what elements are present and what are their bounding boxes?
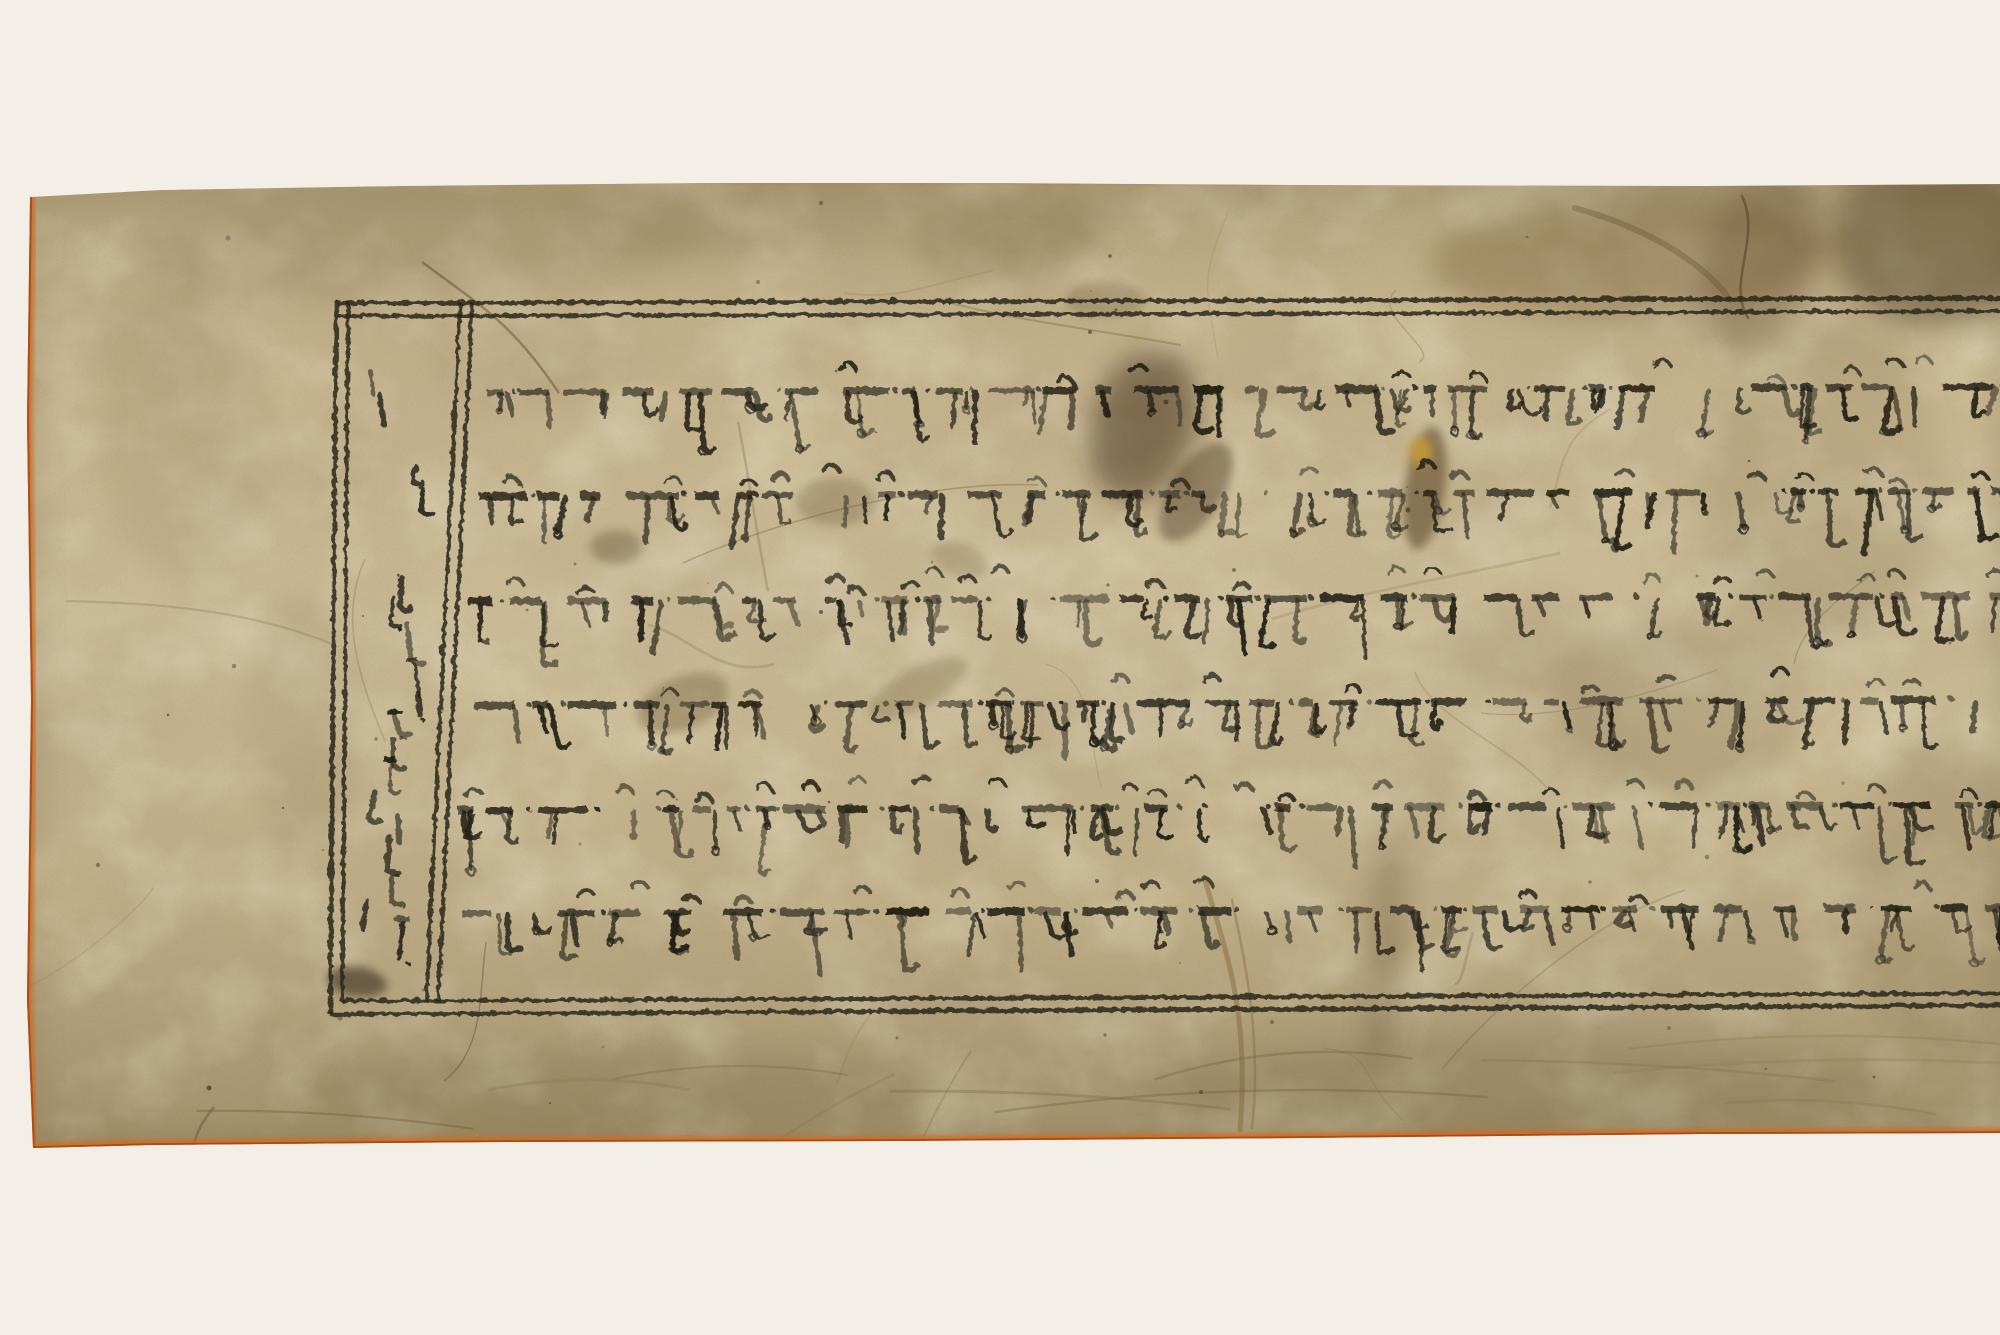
speck	[1949, 642, 1952, 645]
tsheg-dot	[1299, 803, 1304, 808]
tsheg-dot	[666, 596, 670, 600]
tsheg-dot	[1696, 697, 1700, 701]
tsheg-dot	[1887, 801, 1892, 806]
glyph-stroke	[1019, 600, 1020, 634]
speck	[1667, 1026, 1671, 1030]
speck	[1507, 314, 1510, 317]
manuscript-scan	[0, 0, 2000, 1335]
speck	[1270, 1020, 1274, 1024]
glyph-stroke	[862, 496, 864, 521]
tsheg-dot	[744, 805, 749, 810]
glyph-stroke	[858, 601, 860, 613]
tsheg-dot	[1176, 804, 1180, 808]
tsheg-dot	[1218, 594, 1222, 598]
tsheg-dot	[498, 597, 502, 601]
tsheg-dot	[1133, 907, 1137, 911]
glyph-stroke	[744, 496, 748, 538]
glyph-stroke	[951, 392, 954, 427]
tsheg-dot	[1411, 384, 1417, 390]
speck	[574, 563, 577, 566]
shad-stroke	[973, 391, 974, 442]
glyph-stroke	[489, 497, 491, 522]
glyph-stroke	[940, 496, 941, 537]
speck	[1232, 568, 1236, 572]
speck	[828, 801, 831, 804]
tsheg-dot	[1632, 592, 1638, 598]
glyph-stroke	[1077, 600, 1079, 624]
speck	[1179, 962, 1181, 964]
tsheg-dot	[1183, 489, 1188, 494]
tsheg-dot	[1287, 698, 1293, 704]
tsheg-dot	[913, 595, 919, 601]
tsheg-dot	[1767, 592, 1772, 597]
speck	[819, 201, 823, 205]
tsheg-dot	[928, 804, 934, 810]
glyph-stroke	[1380, 808, 1383, 844]
speck	[1199, 1090, 1203, 1094]
speck	[167, 714, 169, 716]
tsheg-dot	[1649, 802, 1653, 806]
glyph-stroke	[884, 496, 887, 518]
glyph-stroke	[678, 810, 680, 844]
tsheg-dot	[1149, 490, 1154, 495]
tsheg-dot	[881, 699, 887, 705]
tsheg-dot	[1562, 803, 1566, 807]
stain	[1700, 320, 1940, 640]
manuscript-photo	[0, 0, 2000, 1335]
glyph-stroke	[633, 811, 634, 838]
tsheg-dot	[1526, 385, 1530, 389]
tsheg-dot	[878, 805, 882, 809]
speck	[338, 1016, 343, 1021]
tsheg-dot	[1028, 907, 1034, 913]
glyph-stroke	[1286, 911, 1288, 940]
speck	[1873, 1076, 1876, 1079]
tsheg-dot	[776, 387, 781, 392]
tsheg-dot	[599, 908, 604, 913]
speck	[1526, 236, 1529, 239]
tsheg-dot	[1599, 905, 1605, 911]
tsheg-dot	[774, 805, 778, 809]
tsheg-dot	[1323, 489, 1328, 494]
tsheg-dot	[976, 699, 982, 705]
glyph-stroke	[1452, 390, 1453, 428]
glyph-stroke	[546, 393, 549, 426]
tsheg-dot	[1727, 593, 1731, 597]
glyph-stroke	[928, 601, 931, 642]
tsheg-dot	[1432, 905, 1437, 910]
speck	[226, 236, 231, 241]
tsheg-dot	[873, 595, 878, 600]
tsheg-dot	[891, 386, 897, 392]
speck	[232, 664, 237, 669]
tsheg-dot	[1162, 594, 1168, 600]
speck	[1841, 781, 1844, 784]
glyph-stroke	[725, 705, 726, 746]
tsheg-dot	[1410, 593, 1416, 599]
glyph-stroke	[1349, 703, 1352, 723]
speck	[1108, 254, 1112, 258]
tsheg-dot	[1010, 699, 1014, 703]
speck	[1696, 575, 1699, 578]
glyph-stroke	[733, 913, 735, 956]
tsheg-dot	[1262, 489, 1267, 494]
speck	[207, 1086, 212, 1091]
glyph-stroke	[1336, 808, 1339, 833]
stain	[245, 590, 355, 850]
tsheg-dot	[1413, 489, 1417, 493]
tsheg-dot	[924, 386, 929, 391]
tsheg-dot	[1494, 802, 1500, 808]
speck	[322, 849, 324, 851]
stain	[590, 530, 642, 564]
tsheg-dot	[979, 907, 983, 911]
stain	[100, 280, 270, 580]
glyph-stroke	[644, 497, 646, 541]
tsheg-dot	[1934, 904, 1939, 909]
glyph-stroke	[1345, 390, 1347, 404]
glyph-stroke	[1971, 701, 1973, 731]
speck	[1406, 508, 1411, 513]
tsheg-dot	[1380, 385, 1384, 389]
tsheg-dot	[1975, 800, 1981, 806]
speck	[549, 1102, 551, 1104]
tsheg-dot	[1424, 697, 1429, 702]
glyph-stroke	[603, 706, 605, 733]
tsheg-dot	[1705, 802, 1710, 807]
glyph-stroke	[1072, 809, 1073, 831]
glyph-stroke	[1027, 495, 1031, 521]
tsheg-dot	[1365, 489, 1370, 494]
tsheg-dot	[1035, 386, 1040, 391]
speck	[1095, 879, 1099, 883]
tsheg-dot	[1782, 488, 1786, 492]
tsheg-dot	[1232, 906, 1238, 912]
speck	[1765, 1068, 1768, 1071]
margin-tsheg-dot	[393, 872, 397, 876]
glyph-stroke	[601, 393, 602, 411]
tsheg-dot	[1053, 490, 1058, 495]
glyph-stroke	[1235, 704, 1237, 741]
tsheg-dot	[1808, 487, 1814, 493]
glyph-stroke	[914, 810, 916, 850]
glyph-stroke	[1752, 807, 1753, 824]
glyph-stroke	[1070, 391, 1071, 427]
tsheg-dot	[510, 388, 514, 392]
tsheg-dot	[1948, 695, 1954, 701]
margin-head-stroke	[385, 710, 401, 711]
speck	[282, 807, 284, 809]
speck	[1088, 330, 1092, 334]
tsheg-dot	[1878, 592, 1883, 597]
glyph-stroke	[1177, 391, 1180, 425]
glyph-stroke	[713, 810, 714, 847]
margin-head-stroke	[406, 659, 417, 660]
tsheg-dot	[1877, 487, 1882, 492]
tsheg-dot	[897, 490, 903, 496]
speck	[931, 561, 933, 563]
speck	[835, 370, 838, 373]
glyph-stroke	[1702, 493, 1704, 508]
tsheg-dot	[1187, 906, 1192, 911]
tsheg-dot	[823, 700, 827, 704]
tsheg-dot	[1607, 384, 1611, 388]
tsheg-dot	[1581, 384, 1587, 390]
tsheg-dot	[769, 907, 775, 913]
glyph-stroke	[840, 810, 841, 840]
glyph-stroke	[1023, 391, 1026, 404]
margin-glyph-stroke	[398, 922, 401, 958]
tsheg-dot	[1869, 905, 1873, 909]
glyph-stroke	[1082, 704, 1084, 719]
tsheg-dot	[525, 806, 530, 811]
margin-tsheg-dot	[405, 960, 409, 964]
tsheg-dot	[656, 806, 660, 810]
tsheg-dot	[1742, 802, 1746, 806]
tsheg-dot	[1911, 486, 1916, 491]
glyph-stroke	[1900, 701, 1902, 725]
speck	[1103, 1033, 1106, 1036]
margin-glyph-stroke	[416, 692, 419, 714]
glyph-stroke	[499, 393, 500, 408]
glyph-stroke	[1362, 599, 1364, 656]
speck	[362, 615, 364, 617]
glyph-stroke	[1673, 493, 1675, 551]
speck	[1406, 486, 1408, 488]
speck	[756, 280, 760, 284]
glyph-stroke	[1451, 599, 1453, 632]
tsheg-dot	[1790, 383, 1796, 389]
glyph-stroke	[1164, 912, 1168, 933]
glyph-stroke	[754, 705, 756, 734]
margin-tsheg-dot	[396, 626, 400, 630]
tsheg-dot	[1307, 594, 1313, 600]
speck	[96, 863, 100, 867]
glyph-stroke	[1545, 389, 1546, 417]
tsheg-dot	[594, 806, 599, 811]
speck	[1588, 880, 1591, 883]
speck	[1748, 460, 1751, 463]
tsheg-dot	[703, 700, 708, 705]
tsheg-dot	[1648, 904, 1653, 909]
speck	[1090, 290, 1092, 292]
speck	[1164, 400, 1169, 405]
tsheg-dot	[1099, 698, 1104, 703]
tsheg-dot	[1072, 907, 1076, 911]
glyph-stroke	[1992, 597, 1995, 631]
speck	[1705, 855, 1710, 860]
tsheg-dot	[1365, 698, 1370, 703]
tsheg-dot	[1265, 803, 1270, 808]
speck	[579, 843, 582, 846]
glyph-stroke	[1912, 388, 1914, 424]
tsheg-dot	[681, 491, 687, 497]
glyph-stroke	[1463, 494, 1466, 535]
tsheg-dot	[530, 492, 535, 497]
speck	[374, 737, 377, 740]
margin-head-stroke	[382, 758, 394, 759]
tsheg-dot	[1202, 803, 1207, 808]
tsheg-dot	[751, 490, 757, 496]
glyph-stroke	[468, 811, 470, 867]
tsheg-dot	[985, 595, 990, 600]
glyph-stroke	[478, 602, 479, 639]
margin-tsheg-dot	[397, 734, 401, 738]
speck	[526, 609, 529, 612]
speck	[819, 610, 823, 614]
paper-sheet	[0, 97, 2000, 1268]
speck	[602, 1046, 605, 1049]
glyph-stroke	[1354, 911, 1356, 950]
tsheg-dot	[1830, 801, 1836, 807]
tsheg-dot	[1337, 906, 1341, 910]
margin-glyph-stroke	[397, 816, 398, 841]
tsheg-dot	[1113, 803, 1118, 808]
shad-stroke	[1844, 700, 1846, 741]
tsheg-dot	[872, 907, 878, 913]
speck	[896, 1037, 899, 1040]
tsheg-dot	[559, 700, 564, 705]
tsheg-dot	[1484, 697, 1489, 702]
tsheg-dot	[622, 700, 627, 705]
tsheg-dot	[1049, 595, 1053, 599]
glyph-stroke	[1031, 391, 1033, 421]
tsheg-dot	[1461, 906, 1465, 910]
tsheg-dot	[1457, 802, 1462, 807]
speck	[707, 582, 709, 584]
glyph-stroke	[843, 496, 845, 525]
glyph-stroke	[1159, 704, 1160, 735]
glyph-stroke	[639, 602, 641, 640]
glyph-stroke	[649, 706, 650, 742]
glyph-stroke	[1204, 600, 1207, 643]
tsheg-dot	[969, 386, 973, 390]
speck	[1106, 583, 1109, 586]
margin-tsheg-dot	[420, 717, 424, 721]
glyph-stroke	[1591, 389, 1593, 406]
glyph-stroke	[1739, 702, 1742, 746]
tsheg-dot	[1078, 804, 1083, 809]
tsheg-dot	[525, 701, 530, 706]
glyph-stroke	[1792, 910, 1794, 938]
tsheg-dot	[1253, 594, 1259, 600]
